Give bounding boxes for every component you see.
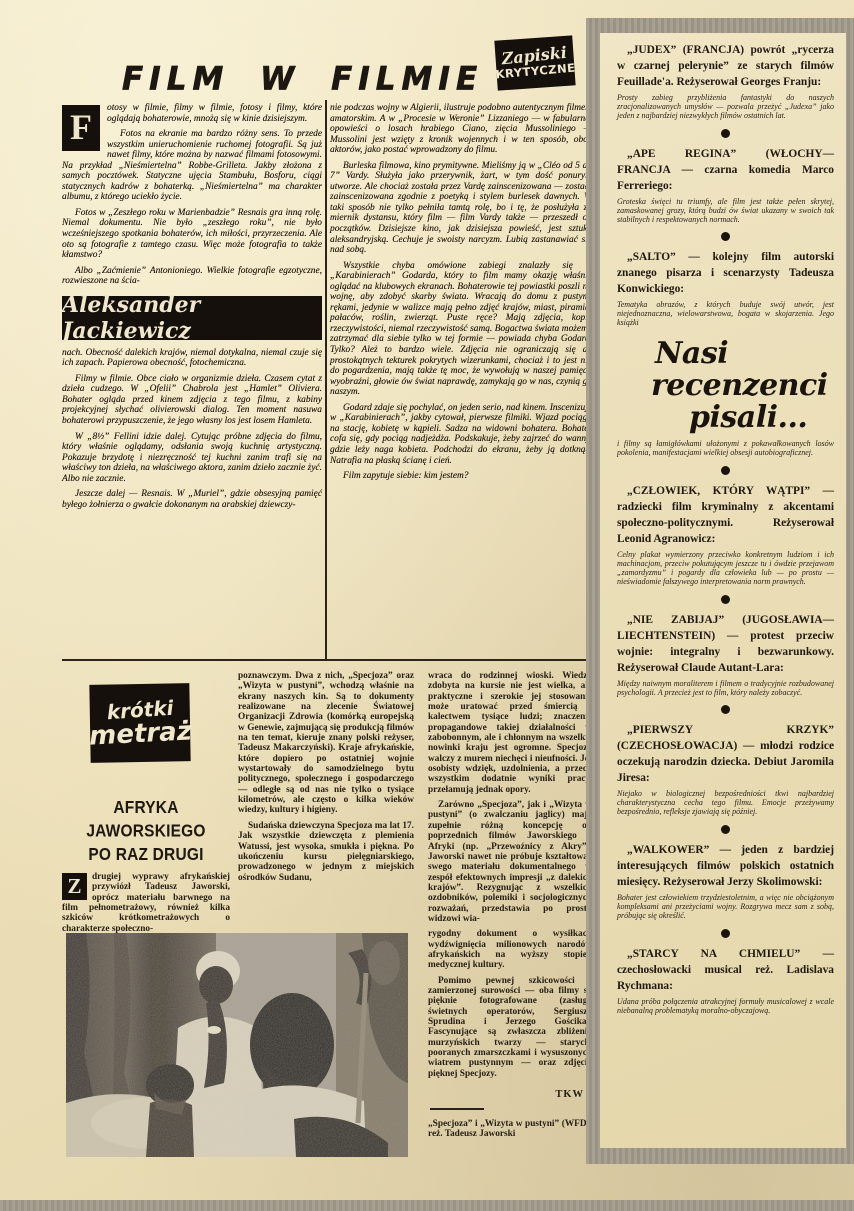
review-body: Prosty zabieg przybliżenia fantastyki do…: [617, 94, 834, 121]
zapiski-krytyczne-badge: Zapiski KRYTYCZNE: [494, 35, 575, 90]
bullet-separator: [721, 705, 730, 714]
dropcap-letter: F: [62, 105, 100, 151]
shorts-paragraph: wraca do rodzinnej wioski. Wiedza zdobyt…: [428, 671, 592, 795]
section-divider-rule: [62, 659, 592, 661]
bullet-separator: [721, 232, 730, 241]
review-heading: „JUDEX” (FRANCJA) powrót „rycerza w czar…: [617, 42, 834, 90]
author-name: Aleksander Jackiewicz: [62, 292, 322, 344]
review-body: Groteska święci tu triumfy, ale film jes…: [617, 198, 834, 225]
review-heading: „NIE ZABIJAJ” (JUGOSŁAWIA—LIECHTENSTEIN)…: [617, 612, 834, 676]
article-paragraph: W „8½” Fellini idzie dalej. Cytując prób…: [62, 432, 322, 485]
review-heading: „STARCY NA CHMIELU” — czechosłowacki mus…: [617, 946, 834, 994]
display-heading-line2: recenzenci: [651, 370, 834, 402]
shorts-paragraph: rygodny dokument o wysiłkach wydźwignięc…: [428, 929, 592, 970]
shorts-paragraph: Zdrugiej wyprawy afrykańskiej przywiózł …: [62, 872, 230, 934]
shorts-paragraph: Zarówno „Specjoza”, jak i „Wizyta w pust…: [428, 800, 592, 924]
shorts-headline: AFRYKA JAWORSKIEGO PO RAZ DRUGI: [62, 796, 230, 867]
article-column-2: nie podczas wojny w Algierii, ilustruje …: [330, 103, 592, 487]
article-paragraph: Albo „Zaćmienie” Antonioniego. Wielkie f…: [62, 266, 322, 287]
shorts-column-b: poznawczym. Dwa z nich, „Specjoza” oraz …: [238, 671, 414, 888]
photo-graphic: [66, 933, 408, 1157]
shorts-column-c: wraca do rodzinnej wioski. Wiedza zdobyt…: [428, 671, 592, 1145]
scan-bottom-edge: [0, 1200, 854, 1211]
article-paragraph: Fotos w „Zeszłego roku w Marienbadzie” R…: [62, 208, 322, 261]
page-title: FILM W FILMIE: [122, 60, 542, 97]
shorts-text: drugiej wyprawy afrykańskiej przywiózł T…: [62, 872, 230, 934]
author-initials: TKW: [428, 1089, 592, 1100]
badge-line2: KRYTYCZNE: [495, 63, 576, 81]
article-paragraph: Film zapytuje siebie: kim jestem?: [330, 471, 592, 482]
nasi-recenzenci-heading: Nasi recenzenci pisali...: [651, 338, 834, 434]
article-paragraph: nach. Obecność dalekich krajów, niemal d…: [62, 348, 322, 369]
bullet-separator: [721, 129, 730, 138]
review-heading: „APE REGINA” (WŁOCHY—FRANCJA — czarna ko…: [617, 146, 834, 194]
caption-rule: [430, 1108, 484, 1110]
column-divider-rule: [325, 100, 327, 661]
article-paragraph: Jeszcze dalej — Resnais. W „Muriel”, gdz…: [62, 489, 322, 510]
krotki-metraz-logo: krótki metraż: [89, 683, 190, 763]
display-heading-line3: pisali...: [689, 402, 834, 434]
reviews-column: „JUDEX” (FRANCJA) powrót „rycerza w czar…: [600, 33, 846, 1148]
article-paragraph: Godard zdaje się pochylać, on jeden seri…: [330, 403, 592, 466]
review-heading: „PIERWSZY KRZYK” (CZECHOSŁOWACJA) — młod…: [617, 722, 834, 786]
photo-caption: „Specjoza” i „Wizyta w pustyni” (WFD), r…: [428, 1119, 592, 1140]
shorts-paragraph: Pomimo pewnej szkicowości i zamierzonej …: [428, 976, 592, 1079]
article-paragraph: Filmy w filmie. Obce ciało w organizmie …: [62, 374, 322, 427]
film-still-photo: [66, 933, 408, 1157]
review-body: Niejako w biologicznej bezpośredniości t…: [617, 790, 834, 817]
dropcap-letter: Z: [62, 873, 87, 900]
shorts-headline-line1: AFRYKA JAWORSKIEGO: [62, 796, 230, 843]
article-paragraph: nie podczas wojny w Algierii, ilustruje …: [330, 103, 592, 156]
bullet-separator: [721, 595, 730, 604]
shorts-column-a: krótki metraż AFRYKA JAWORSKIEGO PO RAZ …: [62, 678, 230, 939]
review-body: Bohater jest człowiekiem trzydziestoletn…: [617, 894, 834, 921]
article-paragraph: Burleska filmowa, kino prymitywne. Mieli…: [330, 161, 592, 256]
review-body-continued: i filmy są łamigłówkami ułożonymi z poka…: [617, 440, 834, 458]
review-body: Między naiwnym moraliterem i filmem o tr…: [617, 680, 834, 698]
article-column-1: Fotosy w filmie, filmy w filmie, fotosy …: [62, 103, 322, 515]
article-paragraph: Fotosy w filmie, filmy w filmie, fotosy …: [62, 103, 322, 124]
review-body: Celny plakat wymierzony przeciwko konkre…: [617, 551, 834, 587]
author-name-box: Aleksander Jackiewicz: [62, 296, 322, 340]
shorts-paragraph: Sudańska dziewczyna Specjoza ma lat 17. …: [238, 821, 414, 883]
shorts-paragraph: poznawczym. Dwa z nich, „Specjoza” oraz …: [238, 671, 414, 816]
reviews-frame: „JUDEX” (FRANCJA) powrót „rycerza w czar…: [586, 18, 854, 1164]
article-text: otosy w filmie, filmy w filmie, fotosy i…: [107, 103, 322, 124]
bullet-separator: [721, 929, 730, 938]
article-paragraph: Fotos na ekranie ma bardzo różny sens. T…: [62, 129, 322, 203]
display-heading-line1: Nasi: [655, 338, 834, 370]
review-body: Tematyka obrazów, z których buduje swój …: [617, 301, 834, 328]
review-body: Udana próba połączenia atrakcyjnej formu…: [617, 998, 834, 1016]
review-heading: „WALKOWER” — jeden z bardziej interesują…: [617, 842, 834, 890]
shorts-headline-line2: PO RAZ DRUGI: [62, 843, 230, 867]
article-paragraph: Wszystkie chyba omówione zabiegi znalazł…: [330, 261, 592, 398]
review-heading: „SALTO” — kolejny film autorski znanego …: [617, 249, 834, 297]
bullet-separator: [721, 466, 730, 475]
review-heading: „CZŁOWIEK, KTÓRY WĄTPI” — radziecki film…: [617, 483, 834, 547]
logo-line2: metraż: [88, 718, 192, 749]
bullet-separator: [721, 825, 730, 834]
